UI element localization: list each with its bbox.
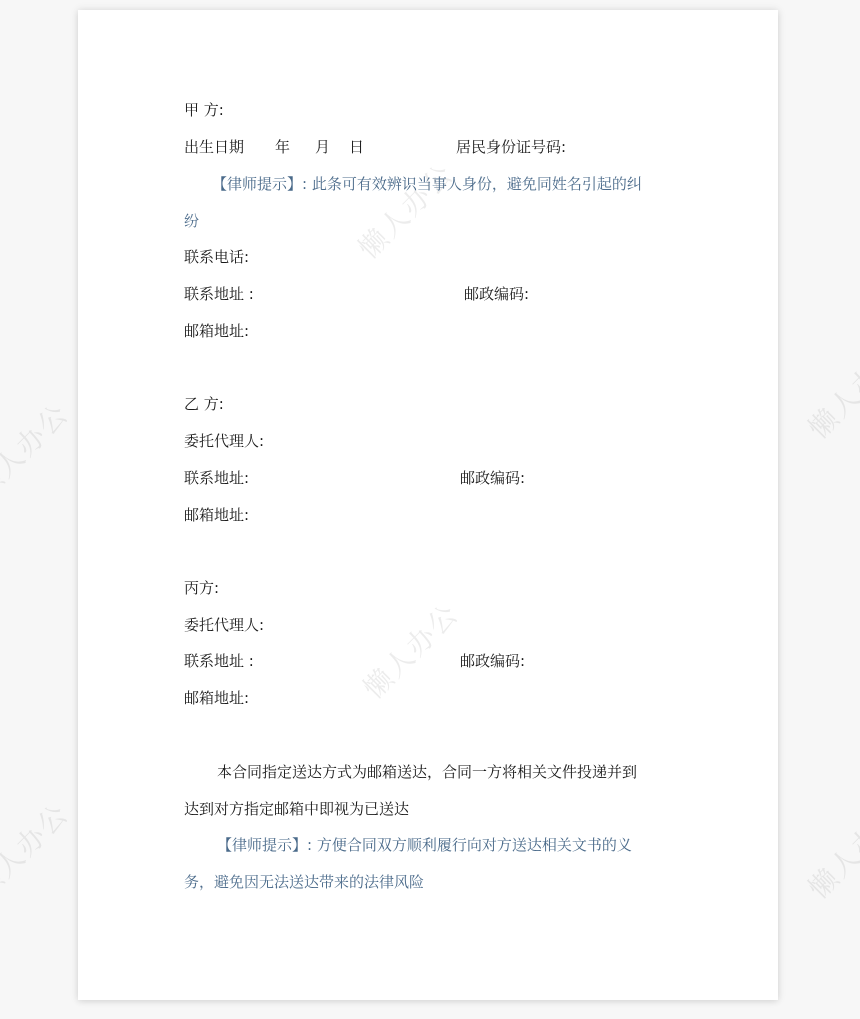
party-c-postcode-label: 邮政编码:	[460, 651, 525, 671]
watermark-text: 懒人办公	[0, 793, 77, 906]
party-c-email-label: 邮箱地址:	[184, 688, 249, 708]
id-number-label: 居民身份证号码:	[456, 137, 566, 157]
lawyer-tip-delivery-line1: 【律师提示】: 方便合同双方顺利履行向对方送达相关文书的义	[217, 835, 632, 855]
party-b-email-label: 邮箱地址:	[184, 505, 249, 525]
delivery-clause-line1: 本合同指定送达方式为邮箱送达，合同一方将相关文件投递并到	[217, 762, 637, 782]
document-page: 甲 方: 出生日期 年 月 日 居民身份证号码: 【律师提示】: 此条可有效辨识…	[78, 10, 778, 1000]
lawyer-tip-identity-line1: 【律师提示】: 此条可有效辨识当事人身份，避免同姓名引起的纠	[212, 174, 642, 194]
delivery-clause-line2: 达到对方指定邮箱中即视为已送达	[184, 799, 409, 819]
party-a-phone-label: 联系电话:	[184, 247, 249, 267]
birth-year-label: 年	[275, 137, 290, 157]
party-a-email-label: 邮箱地址:	[184, 321, 249, 341]
party-a-label: 甲 方:	[184, 100, 224, 120]
lawyer-tip-delivery-line2: 务，避免因无法送达带来的法律风险	[184, 872, 424, 892]
birth-month-label: 月	[315, 137, 330, 157]
party-b-agent-label: 委托代理人:	[184, 431, 264, 451]
party-b-address-label: 联系地址:	[184, 468, 249, 488]
party-b-label: 乙 方:	[184, 394, 224, 414]
birth-date-label: 出生日期	[184, 137, 244, 157]
party-c-label: 丙方:	[184, 578, 219, 598]
party-c-address-label: 联系地址 :	[184, 651, 254, 671]
party-b-postcode-label: 邮政编码:	[460, 468, 525, 488]
party-c-agent-label: 委托代理人:	[184, 615, 264, 635]
birth-day-label: 日	[349, 137, 364, 157]
watermark-text: 懒人办公	[798, 793, 860, 906]
watermark-text: 懒人办公	[798, 333, 860, 446]
party-a-address-label: 联系地址 :	[184, 284, 254, 304]
party-a-postcode-label: 邮政编码:	[464, 284, 529, 304]
lawyer-tip-identity-line2: 纷	[184, 211, 199, 231]
watermark-text: 懒人办公	[0, 393, 77, 506]
